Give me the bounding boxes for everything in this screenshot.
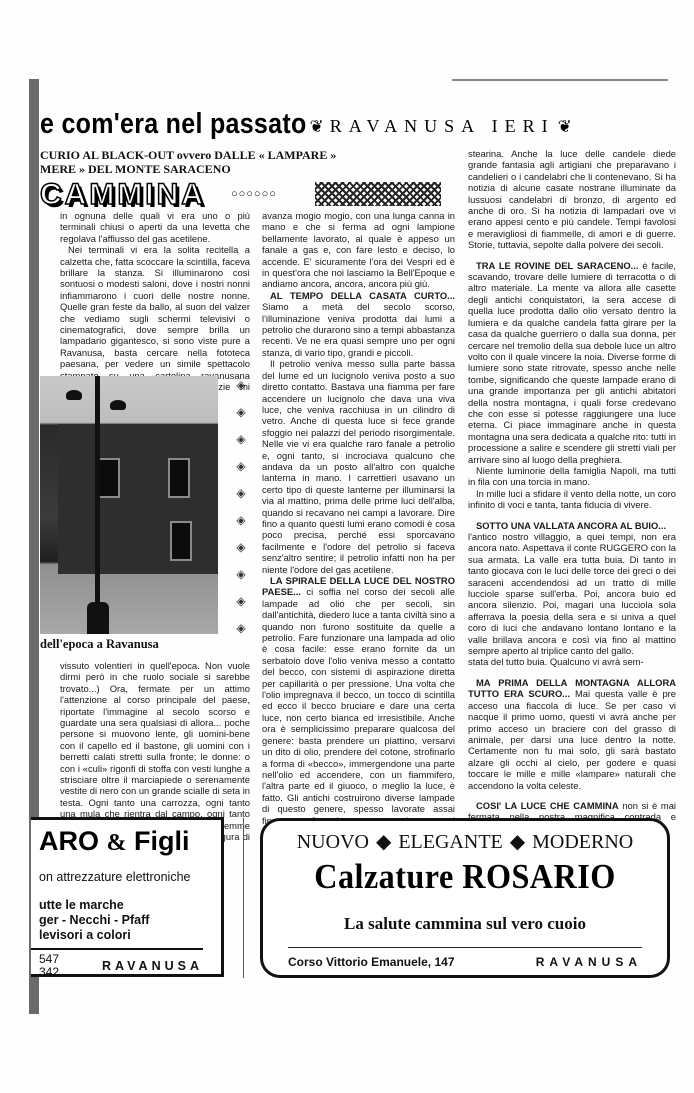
diamond-icon: ◈ — [234, 486, 248, 513]
top-rule — [452, 79, 668, 81]
diamond-icon: ◈ — [234, 459, 248, 486]
section-heading: TRA LE ROVINE DEL SARACENO... — [476, 260, 638, 271]
window — [168, 458, 190, 498]
phone-number: 342 — [39, 966, 59, 979]
lamp-post-base — [87, 602, 109, 634]
paragraph: Il petrolio veniva messo sulla parte bas… — [262, 358, 455, 575]
diamond-icon: ◈ — [234, 540, 248, 567]
ad-line: levisori a colori — [39, 928, 149, 943]
column-divider — [243, 818, 244, 978]
ad-line: utte le marche — [39, 898, 149, 913]
paragraph: stata del tutto buia. Qualcuno vi avrà s… — [468, 656, 676, 667]
section-heading: AL TEMPO DELLA CASATA CURTO... — [270, 290, 455, 301]
window — [98, 458, 120, 498]
diamond-icon: ◈ — [234, 621, 248, 648]
ad-business-name: ARO & Figli — [39, 826, 190, 857]
diamond-ornaments: ◈ ◈ ◈ ◈ ◈ ◈ ◈ ◈ ◈ ◈ — [234, 378, 248, 648]
ad-name-part: ARO — [39, 826, 99, 856]
article-column-1-top: in ognuna delle quali vi era uno o più t… — [60, 210, 250, 404]
paragraph: avanza mogio mogio, con una lunga canna … — [262, 210, 455, 290]
ad-address: Corso Vittorio Emanuele, 147 — [288, 955, 455, 969]
ad-rule — [288, 947, 642, 948]
headline: e com'era nel passato ❦ RAVANUSA IERI ❦ — [40, 110, 578, 139]
diamond-icon: ◈ — [234, 567, 248, 594]
ornament-icon: ❦ — [310, 117, 324, 137]
paragraph: MA PRIMA DELLA MONTAGNA ALLORA TUTTO ERA… — [468, 677, 676, 791]
headline-title: e com'era nel passato — [40, 108, 307, 141]
lamp-post — [95, 376, 100, 616]
advertisement-electronics: ARO & Figli on attrezzature elettroniche… — [31, 817, 224, 977]
subtitle-line-2: MERE » DEL MONTE SARACENO — [40, 162, 231, 177]
paragraph: In mille luci a sfidare il vento della n… — [468, 488, 676, 511]
ad-tagline: on attrezzature elettroniche — [39, 870, 190, 884]
ad-town: RAVANUSA — [102, 959, 203, 973]
paragraph-text: è facile, scavando, trovare delle lumier… — [468, 260, 676, 465]
ornament-icon: ❦ — [558, 117, 572, 137]
ad-name-part: Figli — [134, 826, 190, 856]
photo-caption: dell'epoca a Ravanusa — [40, 637, 159, 652]
lamp — [66, 390, 82, 400]
paragraph-text: Mai questa valle è pre acceso una fiacco… — [468, 688, 676, 790]
section-heading: SOTTO UNA VALLATA ANCORA AL BUIO... — [476, 520, 666, 531]
section-heading: COSI' LA LUCE CHE CAMMINA — [476, 800, 619, 811]
paragraph: SOTTO UNA VALLATA ANCORA AL BUIO... — [468, 520, 676, 531]
diamond-icon: ◈ — [234, 432, 248, 459]
paragraph: TRA LE ROVINE DEL SARACENO... è facile, … — [468, 260, 676, 465]
feature-title: CAMMINA — [40, 178, 206, 212]
decorative-pattern — [315, 182, 441, 206]
ad-slogan: NUOVO ◆ ELEGANTE ◆ MODERNO — [263, 829, 667, 854]
paragraph: AL TEMPO DELLA CASATA CURTO... Siamo a m… — [262, 290, 455, 358]
ampersand: & — [107, 830, 127, 856]
paragraph-text: Siamo a metà del secolo scorso, l'illumi… — [262, 301, 455, 358]
ad-phones: 547 342 — [39, 953, 59, 979]
ad-motto: La salute cammina sul vero cuoio — [263, 914, 667, 934]
paragraph: stearina. Anche la luce delle candele di… — [468, 148, 676, 251]
paragraph: l'antico nostro villaggio, a quei tempi,… — [468, 531, 676, 656]
section-title: RAVANUSA IERI — [330, 116, 555, 137]
diamond-icon: ◈ — [234, 378, 248, 405]
subtitle-line-1: CURIO AL BLACK-OUT ovvero DALLE « LAMPAR… — [40, 148, 336, 163]
ad-brands: utte le marche ger - Necchi - Pfaff levi… — [39, 898, 149, 943]
dots-ornament: ○○○○○○ — [231, 188, 277, 200]
diamond-icon: ◈ — [234, 513, 248, 540]
article-column-3: stearina. Anche la luce delle candele di… — [468, 148, 676, 877]
historic-building-photo — [40, 376, 218, 634]
door — [170, 521, 192, 561]
ad-rule — [31, 948, 203, 950]
paragraph: Niente luminorie della famiglia Napoli, … — [468, 465, 676, 488]
advertisement-shoes: NUOVO ◆ ELEGANTE ◆ MODERNO Calzature ROS… — [260, 818, 670, 978]
building — [58, 424, 218, 574]
ad-line: ger - Necchi - Pfaff — [39, 913, 149, 928]
ad-brand: Calzature ROSARIO — [279, 857, 651, 897]
diamond-icon: ◈ — [234, 405, 248, 432]
paragraph: in ognuna delle quali vi era uno o più t… — [60, 210, 250, 244]
diamond-icon: ◈ — [234, 594, 248, 621]
ad-town: RAVANUSA — [536, 955, 642, 969]
lamp — [110, 400, 126, 410]
